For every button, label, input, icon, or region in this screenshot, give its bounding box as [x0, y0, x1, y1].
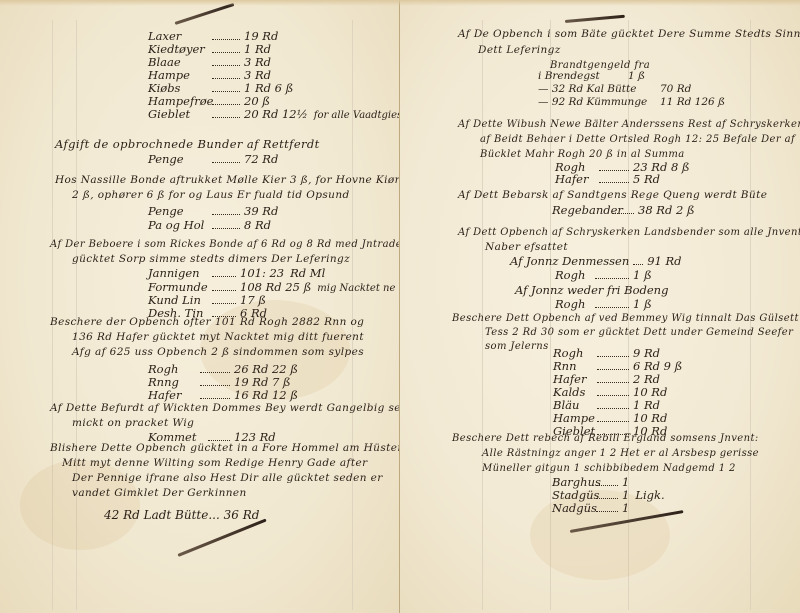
ledger-entry: Rogh1 ß	[555, 268, 652, 282]
ledger-paragraph-line: som Jelerns	[485, 338, 549, 355]
ledger-entry: Gieblet20 Rd 12½for alle Vaadtgiest	[148, 107, 400, 121]
ledger-entry: Laxer19 Rd	[148, 29, 278, 43]
ledger-entry: Pa og Hol8 Rd	[148, 218, 271, 232]
ledger-entry: — 92 Rd Kümmunge11 Rd 126 ß	[538, 96, 725, 108]
ledger-entry: Kiøbs1 Rd 6 ß	[148, 81, 293, 95]
ledger-entry: Rnn6 Rd 9 ß	[553, 359, 682, 373]
ledger-entry: Rogh1 ß	[555, 297, 652, 311]
ledger-entry: Blaae3 Rd	[148, 55, 271, 69]
ledger-total: 42 Rd Ladt Bütte... 36 Rd	[104, 508, 259, 522]
ledger-paragraph-line: Afg af 625 uss Opbench 2 ß sindommen som…	[72, 344, 364, 361]
ledger-entry: Hampefrøe20 ß	[148, 94, 270, 108]
quill-flourish	[177, 519, 266, 557]
ledger-paragraph: Afgift de opbrochnede Bunder af Rettferd…	[55, 136, 320, 153]
ledger-entry: Rogh26 Rd 22 ß	[148, 362, 298, 376]
ledger-entry: Penge72 Rd	[148, 152, 278, 166]
ledger-entry: Stadgüs1Ligk.	[552, 488, 665, 502]
ledger-entry: Kalds10 Rd	[553, 385, 667, 399]
ledger-entry: Jannigen101: 23Rd Ml	[148, 266, 325, 280]
page-edge	[0, 0, 800, 6]
quill-flourish	[565, 15, 625, 23]
quill-flourish	[175, 3, 235, 25]
ledger-entry: i Brendegst1 ß	[538, 70, 645, 82]
ledger-entry: Kund Lin17 ß	[148, 293, 266, 307]
ledger-entry: — 32 Rd Kal Bütte70 Rd	[538, 83, 691, 95]
ledger-paragraph-line: 2 ß, ophører 6 ß for og Laus Er fuald ti…	[72, 187, 350, 204]
ledger-entry: Regebander38 Rd 2 ß	[552, 203, 695, 217]
ledger-entry: Rogh9 Rd	[553, 346, 660, 360]
ledger-paragraph-line: Af De Opbench i som Bäte gücktet Dere Su…	[458, 26, 800, 43]
manuscript-spread: Laxer19 Rd Kiedtøyer1 Rd Blaae3 Rd Hampe…	[0, 0, 800, 613]
ledger-entry: Hampe3 Rd	[148, 68, 271, 82]
ledger-group-header: Af Jonnz weder fri Bodeng	[515, 283, 668, 297]
ledger-entry: Penge39 Rd	[148, 204, 278, 218]
ledger-entry: Hampe10 Rd	[553, 411, 667, 425]
ledger-entry: Nadgüs1	[552, 501, 629, 515]
ledger-entry: Rnng19 Rd 7 ß	[148, 375, 291, 389]
ledger-group-header: Af Jonnz Denmessen91 Rd	[510, 254, 682, 268]
ledger-entry: Bläu1 Rd	[553, 398, 660, 412]
ledger-entry: Kiedtøyer1 Rd	[148, 42, 271, 56]
ledger-paragraph-line: Af Dett Bebarsk af Sandtgens Rege Queng …	[458, 187, 767, 204]
ledger-entry: Hafer5 Rd	[555, 172, 660, 186]
ledger-entry: Formunde108 Rd 25 ßmig Nacktet ne	[148, 280, 395, 294]
ledger-entry: Barghus1	[552, 475, 629, 489]
right-page: Af De Opbench i som Bäte gücktet Dere Su…	[400, 0, 800, 613]
ledger-paragraph-line: vandet Gimklet Der Gerkinnen	[72, 485, 247, 502]
left-page: Laxer19 Rd Kiedtøyer1 Rd Blaae3 Rd Hampe…	[0, 0, 400, 613]
ledger-entry: Hafer2 Rd	[553, 372, 660, 386]
ledger-paragraph-line: Dett Leferingz	[478, 42, 561, 59]
